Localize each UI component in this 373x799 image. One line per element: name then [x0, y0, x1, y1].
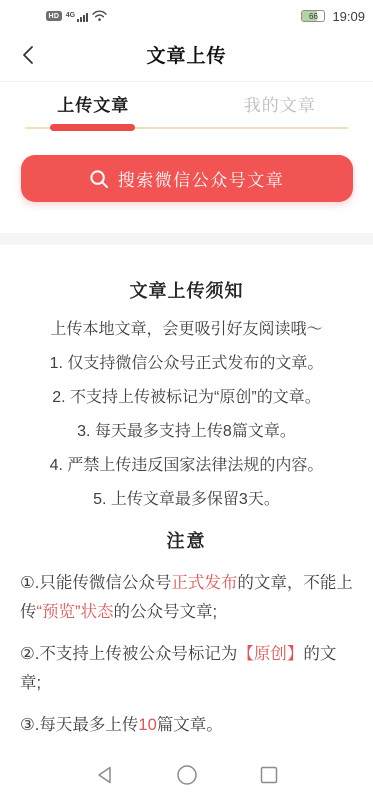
attention-list: ①.只能传微信公众号正式发布的文章，不能上传“预览”状态的公众号文章;②.不支持… — [18, 569, 355, 740]
app-screen: HD 4G 66 19:09 文章上传 上传文章 我的文章 — [0, 0, 373, 799]
status-right-group: 66 19:09 — [301, 9, 365, 24]
attention-highlight: “预览”状态 — [37, 603, 114, 621]
section-divider — [0, 233, 373, 245]
search-icon — [89, 169, 109, 189]
wifi-icon — [92, 10, 107, 22]
tab-my-articles[interactable]: 我的文章 — [187, 82, 373, 131]
nav-back-button[interactable] — [92, 762, 118, 788]
status-time: 19:09 — [332, 9, 365, 24]
nav-home-button[interactable] — [174, 762, 200, 788]
status-bar: HD 4G 66 19:09 — [0, 0, 373, 28]
notice-rule: 1. 仅支持微信公众号正式发布的文章。 — [18, 353, 355, 374]
attention-highlight: 正式发布 — [171, 574, 237, 592]
nav-recents-square-icon — [258, 764, 280, 786]
attention-item: ①.只能传微信公众号正式发布的文章，不能上传“预览”状态的公众号文章; — [20, 569, 353, 627]
notice-rules-list: 1. 仅支持微信公众号正式发布的文章。2. 不支持上传被标记为“原创”的文章。3… — [18, 353, 355, 510]
notice-rule: 2. 不支持上传被标记为“原创”的文章。 — [18, 387, 355, 408]
search-button-label: 搜索微信公众号文章 — [118, 166, 285, 191]
notice-rule: 4. 严禁上传违反国家法律法规的内容。 — [18, 455, 355, 476]
notice-section: 文章上传须知 上传本地文章，会更吸引好友阅读哦～ 1. 仅支持微信公众号正式发布… — [0, 245, 373, 740]
status-left-group: HD 4G — [46, 10, 107, 22]
notice-title: 文章上传须知 — [18, 277, 355, 303]
attention-title: 注意 — [18, 527, 355, 553]
notice-rule: 5. 上传文章最多保留3天。 — [18, 489, 355, 510]
active-tab-indicator — [50, 124, 135, 131]
attention-text: ③.每天最多上传 — [20, 716, 138, 734]
tab-bar: 上传文章 我的文章 — [0, 82, 373, 131]
back-chevron-icon — [22, 45, 34, 65]
search-wechat-articles-button[interactable]: 搜索微信公众号文章 — [21, 155, 353, 202]
back-button[interactable] — [14, 41, 42, 69]
nav-back-triangle-icon — [94, 764, 116, 786]
attention-text: 的公众号文章; — [114, 603, 218, 621]
battery-percent: 66 — [309, 12, 318, 21]
battery-icon: 66 — [301, 10, 325, 22]
attention-item: ③.每天最多上传10篇文章。 — [20, 711, 353, 740]
attention-highlight: 【原创】 — [237, 645, 303, 663]
android-nav-bar — [0, 751, 373, 799]
signal-strength-icon — [77, 11, 88, 22]
notice-intro: 上传本地文章，会更吸引好友阅读哦～ — [18, 319, 355, 340]
attention-text: ②.不支持上传被公众号标记为 — [20, 645, 237, 663]
hd-icon: HD — [46, 11, 62, 21]
attention-item: ②.不支持上传被公众号标记为【原创】的文章; — [20, 640, 353, 698]
attention-text: ①.只能传微信公众号 — [20, 574, 171, 592]
attention-text: 篇文章。 — [157, 716, 223, 734]
nav-home-circle-icon — [175, 763, 199, 787]
network-type-label: 4G — [66, 12, 75, 19]
notice-rule: 3. 每天最多支持上传8篇文章。 — [18, 421, 355, 442]
header: 文章上传 — [0, 28, 373, 82]
nav-recents-button[interactable] — [256, 762, 282, 788]
page-title: 文章上传 — [146, 41, 226, 68]
attention-highlight: 10 — [138, 716, 156, 734]
